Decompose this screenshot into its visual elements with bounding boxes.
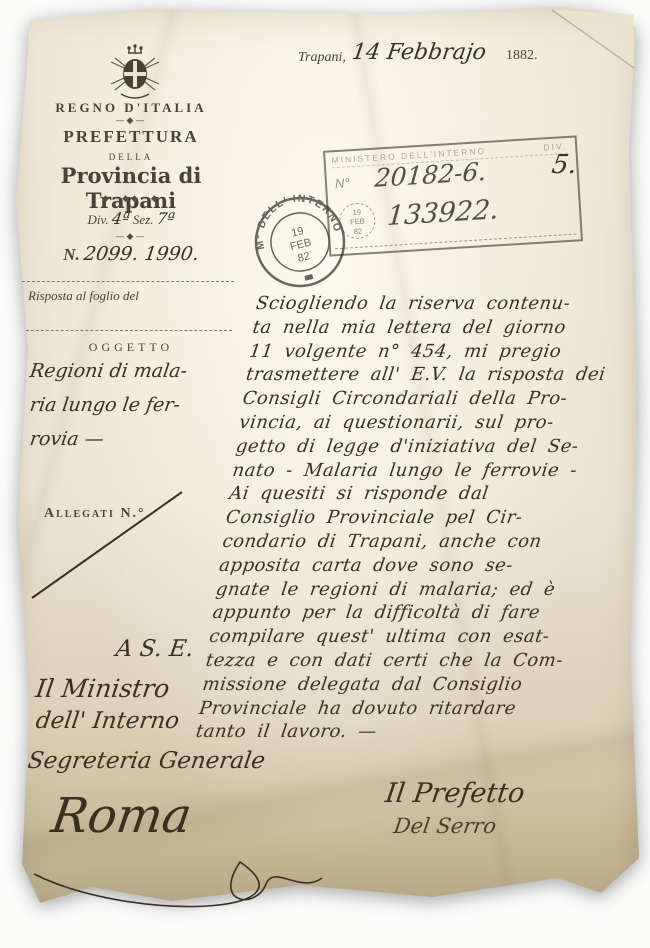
attachments-label: Allegati N.° [44,506,146,522]
office-title: PREFETTURA [25,127,237,147]
body-line: ta nella mia lettera del giorno [251,316,650,340]
registry-protocol-number: 20182-6. [374,157,488,193]
division-section-line: Div. 4ª Sez. 7ª [25,209,237,228]
round-stamp-year: 82 [296,250,311,265]
recipient-city: Roma [48,788,195,844]
recipient-line: Il Ministro [34,674,171,703]
registry-number-value: 133922. [386,194,500,232]
dateline-year: 1882. [506,48,538,64]
body-line: tanto il lavoro. — [194,720,597,744]
division-label: Div. [88,212,109,227]
recipient-line: dell' Interno [34,708,181,734]
document-photo: REGNO D'ITALIA —◆— PREFETTURA DELLA Prov… [0,0,650,948]
body-line: 11 volgente n° 454, mi pregio [248,340,650,364]
subject-line: Regioni di mala- [28,360,188,382]
section-value: 7ª [155,209,175,228]
ornament-divider-small: —◆— [25,232,237,242]
body-line: tezza e con dati certi che la Com- [204,649,607,673]
body-line: Ai quesiti si risponde dal [228,482,631,506]
body-line: apposita carta dove sono se- [218,554,621,578]
signature-title: Il Prefetto [328,778,582,809]
body-line: gnate le regioni di malaria; ed è [214,578,617,602]
protocol-number-line: N. 2099. 1990. [25,243,237,265]
dashed-rule-1 [22,281,234,282]
letter-body: Sciogliendo la riserva contenu- ta nella… [194,292,650,744]
dateline-place: Trapani, [298,50,346,66]
body-line: vincia, ai questionarii, sul pro- [238,411,641,435]
body-line: compilare quest' ultima con esat- [208,625,611,649]
registry-stamp-box: MINISTERO DELL'INTERNO DIV. N° 20182-6. … [323,135,583,256]
reply-to-label: Risposta al foglio del [28,288,139,304]
recipient-salutation: A S. E. [114,636,195,662]
signature-name: Del Serro [328,814,561,838]
body-line: trasmettere all' E.V. la risposta dei [244,363,647,387]
section-label: Sez. [133,212,154,227]
della-label: DELLA [25,152,237,162]
body-line: getto di legge d'iniziativa del Se- [234,435,637,459]
body-line: appunto per la difficoltà di fare [211,601,614,625]
registry-margin-note: 5. [550,150,579,180]
body-line: condario di Trapani, anche con [221,530,624,554]
recipient-line: Segreteria Generale [26,748,267,774]
body-line: Consiglio Provinciale pel Cir- [224,506,627,530]
body-line: missione delegata dal Consiglio [201,673,604,697]
kingdom-title: REGNO D'ITALIA [25,100,237,116]
subject-label: OGGETTO [25,340,237,355]
number-label: N. [63,245,80,264]
body-line: Consigli Circondariali della Pro- [241,387,644,411]
subject-line: rovia — [28,428,105,450]
body-line: Provinciale ha dovuto ritardare [198,697,601,721]
dateline-day-month: 14 Febbrajo [350,40,487,65]
subject-line: ria lungo le fer- [28,394,181,416]
body-line: Sciogliendo la riserva contenu- [254,292,650,316]
division-value: 4ª [110,209,130,228]
body-line: nato - Malaria lungo le ferrovie - [231,459,634,483]
ornament-divider-mid: ◆—◆◆—◆ [25,194,237,204]
coat-of-arms [103,44,167,102]
ornament-divider: —◆— [25,116,237,126]
registry-number-label: N° [335,175,350,191]
province-title: Provincia di Trapani [25,163,237,213]
dashed-rule-2 [26,330,232,331]
crown-icon [128,45,142,53]
number-value: 2099. 1990. [82,243,200,265]
